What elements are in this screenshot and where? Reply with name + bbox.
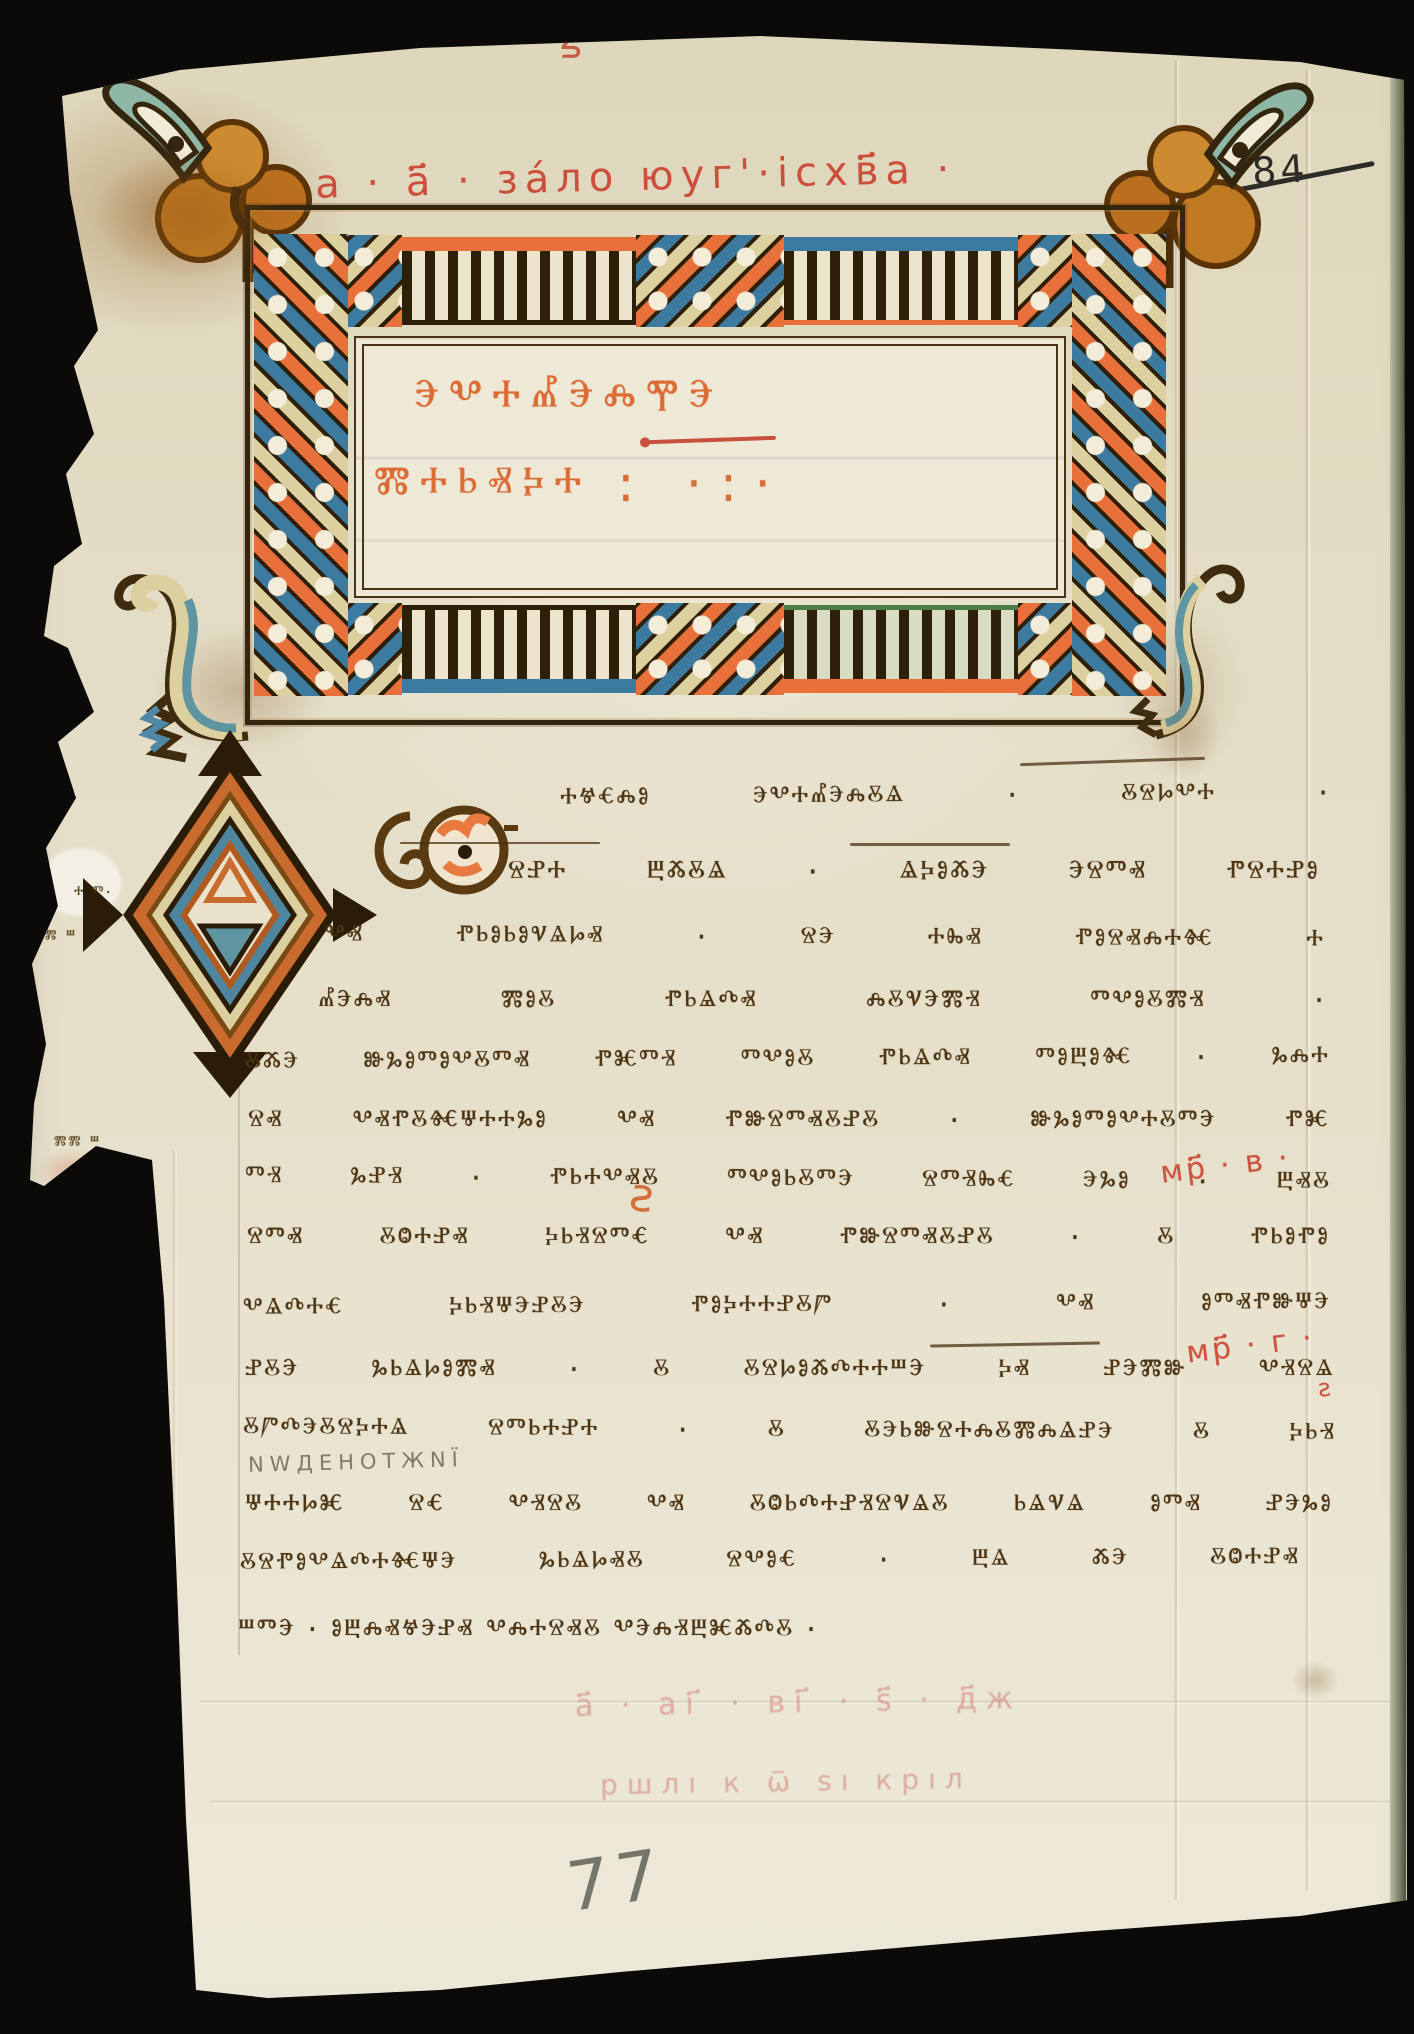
margin-red-mark: ꙅ — [1316, 1373, 1335, 1403]
ink-guide-stroke — [930, 1342, 1100, 1348]
margin-note-red: ꙁ· — [104, 1392, 124, 1415]
body-text-line: ⱋⰰⰰⱈⱘ ⱄⱔ ⰲⱐⱄⰻ ⰲⱏ ⰻⱉⱃⰴⰰⱀⱐⱄⱌⱑⰻ ⱃⱑⱌⱑ ⱁⱅⱏ ⱀⰵ… — [245, 1487, 1333, 1524]
vertical-crease — [172, 1150, 178, 1990]
margin-note: ⰶⰰ ⰿⰿ ⱎ — [30, 908, 77, 947]
scroll-ornament-right — [1146, 540, 1261, 740]
bar-pattern — [784, 605, 1018, 693]
plait-pattern — [254, 234, 348, 696]
margin-note: ⰿⰿ ⱎ — [54, 1134, 101, 1154]
verso-showthrough-line: ршлı к ѿ ѕı крıл — [600, 1762, 972, 1801]
cropped-rubric-fragment: пı — [148, 2, 195, 46]
initial-flourish — [368, 798, 518, 908]
body-text-line: ⰲⱏ ⱂⱃⱁⱃⱁⱌⱑⱈⱏ · ⱄⰵ ⰰⰸⱏ ⱂⱁⱄⱏⰾⰰⱙ ⰰ — [325, 917, 1325, 959]
bar-pattern — [402, 605, 636, 693]
manuscript-scan: пı ꙁ̄ ıлш̄лѵѵа гава · а҃ · за́ло юуг'·іс… — [0, 0, 1414, 2034]
body-text-line: ⱀⰻⰵ ⰳⱃⱑⱈⱁⰿⱏ · ⰻ ⰻⱄⱈⱁⰶⰴⰰⰰⱎⰵ ⰽⱏ ⱀⰵⰿⱆ ⰲⱐⱄⱑ — [245, 1352, 1335, 1389]
body-text-line: ⰰⱍⱔⰾⱁ ⰵⰲⰰⰼⰵⰾⰻⱑ · ⰻⱄⱈⰲⰰ · — [560, 775, 1330, 817]
body-text-line: ⰻⱄⱂⱁⰲⱑⰴⰰⱙⱋⰵ ⰳⱃⱑⱈⱏⰻ ⱄⰲⱁⱔ · ⰱⱑ ⰶⰵ ⰻⱉⰰⱀⱏ — [240, 1540, 1300, 1583]
body-text-line: ⰻⱓⰴⰵⰻⱄⰽⰰⱑ ⱄⱅⱃⰰⱀⰰ · ⰻ ⰻⰵⱃⱆⱄⰰⰾⰻⰿⰾⱑⱀⰵ ⰻ ⰽⱃⱐ — [243, 1410, 1336, 1453]
scroll-ornament-left — [78, 536, 258, 751]
headpiece-title-panel: ⰵⰲⰰⰼⰵⰾⰹⰵ ⰿⰰⱃⱏⰽⰰ ꞉ ·꞉· — [354, 336, 1066, 598]
margin-note: ⱁⱁ ⰿⰿ ⱎⱆ — [56, 1416, 117, 1455]
ink-guide-stroke — [400, 842, 600, 844]
headpiece-title-line1: ⰵⰲⰰⰼⰵⰾⰹⰵ — [414, 368, 1064, 429]
margin-note: ⱅⱂ ⰿⰰⰳ ⰿ — [62, 1285, 120, 1324]
binding-board-edge — [1390, 72, 1406, 1902]
margin-note: ⰰ ⱅ· — [74, 884, 113, 904]
body-text-line: ⰻⰶⰵ ⱆⰳⱁⱅⱁⰲⰻⱅⱏ ⱂⱘⱅⱐ ⱅⰲⱁⰻ ⱂⱃⱑⰴⱏ ⱅⱁⰱⱁⱙ · ⰳⰾ… — [245, 1039, 1330, 1082]
interlace-band-bottom — [254, 602, 1166, 696]
red-smear — [36, 1148, 106, 1194]
headpiece-title-word: ⰿⰰⱃⱏⰽⰰ — [374, 455, 591, 513]
body-text-line: ⱄⱀⰰ ⰱⰶⰻⱑ · ⱑⰽⱁⰶⰵ ⰵⱄⱅⱏ ⱂⱄⰰⱀⱁ — [508, 852, 1320, 892]
margin-note-red: ⱅ — [100, 1160, 113, 1180]
bar-pattern — [784, 237, 1018, 325]
cropped-rubric-fragment: ıлш̄лѵѵа — [879, 0, 1073, 45]
margin-note: ⱁⱁ — ⰿⰿ ⰲⰵⰴⰵ — [58, 1188, 140, 1227]
parchment-leaf: пı ꙁ̄ ıлш̄лѵѵа гава · а҃ · за́ло юуг'·іс… — [0, 0, 1414, 2034]
headpiece-frame: ⰵⰲⰰⰼⰵⰾⰹⰵ ⰿⰰⱃⱏⰽⰰ ꞉ ·꞉· — [245, 205, 1185, 725]
vertical-crease — [1305, 70, 1311, 1890]
body-text-line: ⱄⱅⱏ ⰻⱉⰰⱀⱏ ⰽⱃⱐⱄⱅⱔ ⰲⱏ ⱂⱆⱄⱅⱏⰻⱀⰻ · ⰻ ⱂⱃⱁⱂⱁ — [247, 1220, 1330, 1257]
margin-note: ⰽⱆ ⰶ — [62, 1246, 104, 1266]
pencil-page-number: 77 — [563, 1834, 667, 1928]
bar-pattern — [402, 237, 636, 325]
headpiece-punctuation: ꞉ ·꞉· — [617, 455, 788, 513]
rubric-dash — [648, 436, 776, 444]
interlace-band-left — [254, 234, 348, 696]
stain — [1290, 1660, 1340, 1700]
cropped-rubric-fragment: ꙁ̄ — [560, 2, 587, 62]
chapter-rubric: гава · а҃ · за́ло юуг'·ісхв҃а · — [225, 140, 1206, 210]
body-text-line: ⰲⱑⰴⰰⱔ ⰽⱃⱐⱋⰵⱀⰻⰵ ⱂⱁⰽⰰⰰⱀⰻⱓ · ⰲⱏ ⱁⱅⱏⱂⱆⱋⰵ — [243, 1285, 1331, 1328]
body-text-line: ⱎⱅⰵ · ⱁⰱⰾⱏⱍⰵⱀⱏ ⰲⰾⰰⱄⱏⰻ ⰲⰵⰾⱐⰱⱘⰶⰴⰻ · — [238, 1612, 1138, 1649]
interlace-knot — [636, 603, 784, 695]
headpiece-title-line2: ⰿⰰⱃⱏⰽⰰ ꞉ ·꞉· — [374, 455, 1064, 514]
interlace-knot — [636, 235, 784, 327]
margin-note: ⰸ — [28, 693, 38, 710]
horizontal-crease — [210, 1800, 1390, 1805]
verso-showthrough-line: а҃ · аı҃ · вı҃ · ѕ҃ · д҃ж — [575, 1681, 1022, 1724]
interlace-band-top — [254, 234, 1166, 328]
pencil-interlinear-note: NWДЕНОТЖNЇ — [248, 1447, 464, 1477]
margin-note: ⰷⰾ — ⰿⰿ ⰽⱁ — [64, 1350, 117, 1389]
body-text-line: ⰼⰵⰾⱏ ⰿⱁⰻ ⱂⱃⱑⰴⱏ ⰾⰻⱌⰵⰿⱐ ⱅⰲⱁⰻⰿⱐ · — [318, 983, 1326, 1020]
ink-guide-stroke — [850, 843, 1010, 846]
body-text-line: ⱄⱏ ⰲⱏⱂⰻⱙⱋⰰⰰⰳⱁ ⰲⱏ ⱂⱆⱄⱅⱏⰻⱀⰻ · ⱆⰳⱁⱅⱁⰲⰰⰻⱅⰵ ⱂ… — [248, 1103, 1330, 1140]
